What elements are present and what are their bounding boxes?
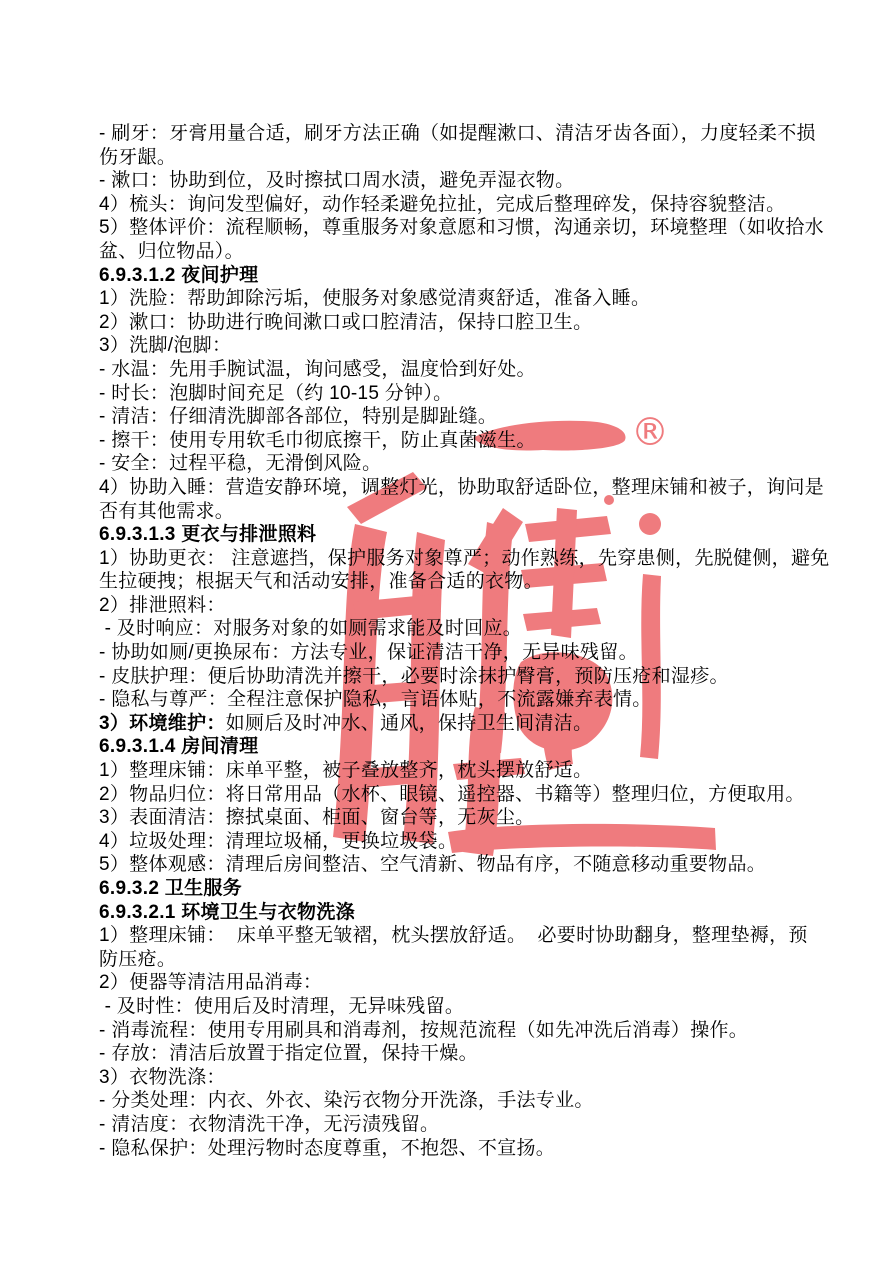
text-line: 2）物品归位：将日常用品（水杯、眼镜、遥控器、书籍等）整理归位，方便取用。 xyxy=(99,783,799,807)
text-line: - 隐私与尊严：全程注意保护隐私，言语体贴，不流露嫌弃表情。 xyxy=(99,688,799,712)
text-line: 2）排泄照料： xyxy=(99,594,799,618)
text-line: - 安全：过程平稳，无滑倒风险。 xyxy=(99,452,799,476)
document-page: - 刷牙：牙膏用量合适，刷牙方法正确（如提醒漱口、清洁牙齿各面），力度轻柔不损伤… xyxy=(0,0,892,1262)
heading-line: 6.9.3.2.1 环境卫生与衣物洗涤 xyxy=(99,901,799,925)
text-line: 1）整理床铺： 床单平整无皱褶，枕头摆放舒适。 必要时协助翻身，整理垫褥，预 xyxy=(99,924,799,948)
text-line: 1）协助更衣： 注意遮挡，保护服务对象尊严；动作熟练，先穿患侧，先脱健侧，避免 xyxy=(99,547,799,571)
text-line: 4）垃圾处理：清理垃圾桶，更换垃圾袋。 xyxy=(99,830,799,854)
text-line: - 皮肤护理：便后协助清洗并擦干，必要时涂抹护臀膏，预防压疮和湿疹。 xyxy=(99,665,799,689)
text-line: 盆、归位物品）。 xyxy=(99,240,799,264)
text-line: 3）衣物洗涤： xyxy=(99,1066,799,1090)
text-line: 5）整体观感：清理后房间整洁、空气清新、物品有序，不随意移动重要物品。 xyxy=(99,853,799,877)
heading-line: 6.9.3.1.4 房间清理 xyxy=(99,735,799,759)
heading-line: 6.9.3.1.2 夜间护理 xyxy=(99,264,799,288)
document-body: - 刷牙：牙膏用量合适，刷牙方法正确（如提醒漱口、清洁牙齿各面），力度轻柔不损伤… xyxy=(99,122,799,1160)
text-line: - 漱口：协助到位，及时擦拭口周水渍，避免弄湿衣物。 xyxy=(99,169,799,193)
text-line: 生拉硬拽；根据天气和活动安排，准备合适的衣物。 xyxy=(99,570,799,594)
text-line: - 存放：清洁后放置于指定位置，保持干燥。 xyxy=(99,1042,799,1066)
text-line: 5）整体评价：流程顺畅，尊重服务对象意愿和习惯，沟通亲切，环境整理（如收拾水 xyxy=(99,216,799,240)
text-line: 4）协助入睡：营造安静环境，调整灯光，协助取舒适卧位，整理床铺和被子，询问是 xyxy=(99,476,799,500)
text-line: - 消毒流程：使用专用刷具和消毒剂，按规范流程（如先冲洗后消毒）操作。 xyxy=(99,1019,799,1043)
text-line: 2）便器等清洁用品消毒： xyxy=(99,971,799,995)
text-line: 1）洗脸：帮助卸除污垢，使服务对象感觉清爽舒适，准备入睡。 xyxy=(99,287,799,311)
heading-line: 6.9.3.2 卫生服务 xyxy=(99,877,799,901)
text-line: - 水温：先用手腕试温，询问感受，温度恰到好处。 xyxy=(99,358,799,382)
text-line: - 时长：泡脚时间充足（约 10-15 分钟）。 xyxy=(99,382,799,406)
text-line: 否有其他需求。 xyxy=(99,500,799,524)
text-line: 2）漱口：协助进行晚间漱口或口腔清洁，保持口腔卫生。 xyxy=(99,311,799,335)
text-line: - 刷牙：牙膏用量合适，刷牙方法正确（如提醒漱口、清洁牙齿各面），力度轻柔不损 xyxy=(99,122,799,146)
text-line: 4）梳头：询问发型偏好，动作轻柔避免拉扯，完成后整理碎发，保持容貌整洁。 xyxy=(99,193,799,217)
text-line: - 隐私保护：处理污物时态度尊重，不抱怨、不宣扬。 xyxy=(99,1137,799,1161)
text-line: 1）整理床铺：床单平整，被子叠放整齐，枕头摆放舒适。 xyxy=(99,759,799,783)
text-line: - 及时性：使用后及时清理，无异味残留。 xyxy=(99,995,799,1019)
text-line: - 及时响应：对服务对象的如厕需求能及时回应。 xyxy=(99,617,799,641)
bold-label: 3）环境维护： xyxy=(99,713,226,734)
text-line: 3）表面清洁：擦拭桌面、柜面、窗台等，无灰尘。 xyxy=(99,806,799,830)
text-line: 伤牙龈。 xyxy=(99,146,799,170)
text-line: - 清洁度：衣物清洗干净，无污渍残留。 xyxy=(99,1113,799,1137)
text-line: - 协助如厕/更换尿布：方法专业，保证清洁干净，无异味残留。 xyxy=(99,641,799,665)
text-line: 防压疮。 xyxy=(99,948,799,972)
text-line: - 清洁：仔细清洗脚部各部位，特别是脚趾缝。 xyxy=(99,405,799,429)
text-line: - 分类处理：内衣、外衣、染污衣物分开洗涤，手法专业。 xyxy=(99,1089,799,1113)
heading-line: 6.9.3.1.3 更衣与排泄照料 xyxy=(99,523,799,547)
text-line: - 擦干：使用专用软毛巾彻底擦干，防止真菌滋生。 xyxy=(99,429,799,453)
text-line: 3）环境维护：如厕后及时冲水、通风，保持卫生间清洁。 xyxy=(99,712,799,736)
text-line: 3）洗脚/泡脚： xyxy=(99,334,799,358)
